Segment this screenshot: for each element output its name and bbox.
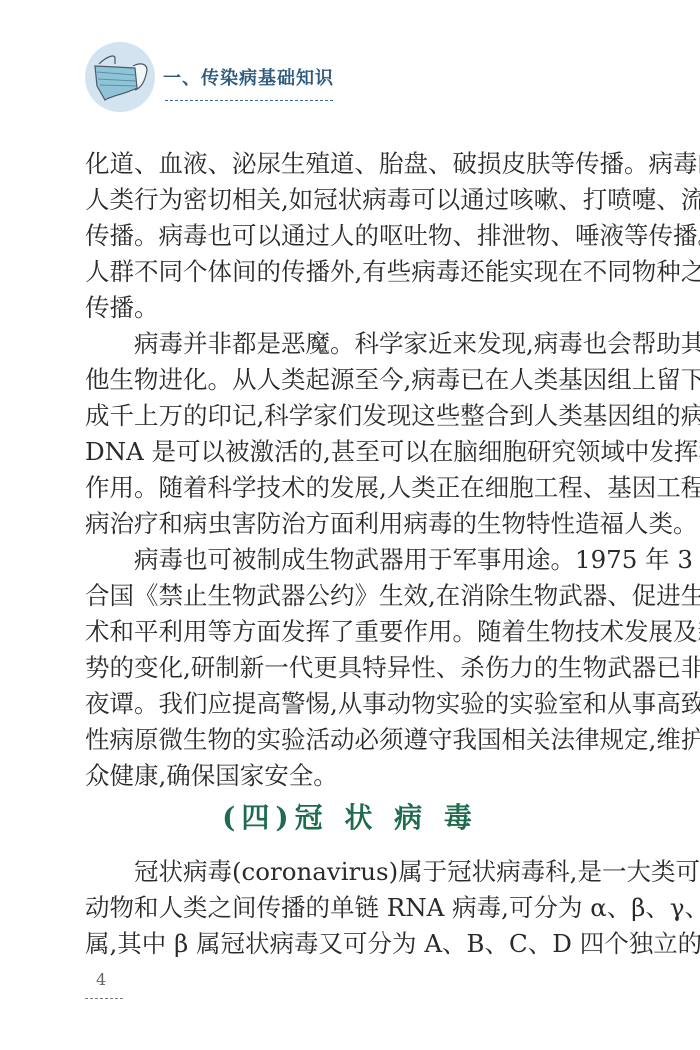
section-body: 冠状病毒(coronavirus)属于冠状病毒科,是一大类可以在 动物和人类之间… [85, 854, 615, 962]
text-line: 势的变化,研制新一代更具特异性、杀伤力的生物武器已非天方 [85, 650, 615, 686]
text-line: 众健康,确保国家安全。 [85, 758, 615, 794]
face-mask-icon [85, 42, 155, 112]
text-line: 作用。随着科学技术的发展,人类正在细胞工程、基因工程、疾 [85, 470, 615, 506]
title-underline [165, 100, 333, 101]
text-line: 成千上万的印记,科学家们发现这些整合到人类基因组的病毒 [85, 398, 615, 434]
chapter-title: 一、传染病基础知识 [163, 64, 334, 90]
text-line: 动物和人类之间传播的单链 RNA 病毒,可分为 α、β、γ、δ 四个 [85, 890, 615, 926]
page-number-underline [85, 998, 123, 999]
text-line: 合国《禁止生物武器公约》生效,在消除生物武器、促进生物技 [85, 578, 615, 614]
text-line: 冠状病毒(coronavirus)属于冠状病毒科,是一大类可以在 [85, 854, 615, 890]
body-text: 化道、血液、泌尿生殖道、胎盘、破损皮肤等传播。病毒的传播与 人类行为密切相关,如… [85, 146, 615, 794]
text-line: 传播。 [85, 290, 615, 326]
page-number: 4 [96, 970, 106, 989]
text-line: 属,其中 β 属冠状病毒又可分为 A、B、C、D 四个独立的亚群。 [85, 926, 615, 962]
text-line: 夜谭。我们应提高警惕,从事动物实验的实验室和从事高致病 [85, 686, 615, 722]
text-line: 病治疗和病虫害防治方面利用病毒的生物特性造福人类。 [85, 506, 615, 542]
text-line: 病毒并非都是恶魔。科学家近来发现,病毒也会帮助其 [85, 326, 615, 362]
chapter-header: 一、传染病基础知识 [85, 42, 385, 122]
text-line: DNA 是可以被激活的,甚至可以在脑细胞研究领域中发挥积极 [85, 434, 615, 470]
text-line: 性病原微生物的实验活动必须遵守我国相关法律规定,维护公 [85, 722, 615, 758]
text-line: 传播。病毒也可以通过人的呕吐物、排泄物、唾液等传播。除在 [85, 218, 615, 254]
text-line: 人类行为密切相关,如冠状病毒可以通过咳嗽、打喷嚏、流涕等 [85, 182, 615, 218]
text-line: 他生物进化。从人类起源至今,病毒已在人类基因组上留下了 [85, 362, 615, 398]
paragraph-1: 化道、血液、泌尿生殖道、胎盘、破损皮肤等传播。病毒的传播与 人类行为密切相关,如… [85, 146, 615, 326]
text-line: 人群不同个体间的传播外,有些病毒还能实现在不同物种之间 [85, 254, 615, 290]
text-line: 病毒也可被制成生物武器用于军事用途。1975 年 3 月,联 [85, 542, 615, 578]
paragraph-2: 病毒并非都是恶魔。科学家近来发现,病毒也会帮助其 他生物进化。从人类起源至今,病… [85, 326, 615, 542]
section-heading: (四)冠 状 病 毒 [0, 796, 700, 836]
text-line: 化道、血液、泌尿生殖道、胎盘、破损皮肤等传播。病毒的传播与 [85, 146, 615, 182]
paragraph-3: 病毒也可被制成生物武器用于军事用途。1975 年 3 月,联 合国《禁止生物武器… [85, 542, 615, 794]
text-line: 术和平利用等方面发挥了重要作用。随着生物技术发展及新形 [85, 614, 615, 650]
